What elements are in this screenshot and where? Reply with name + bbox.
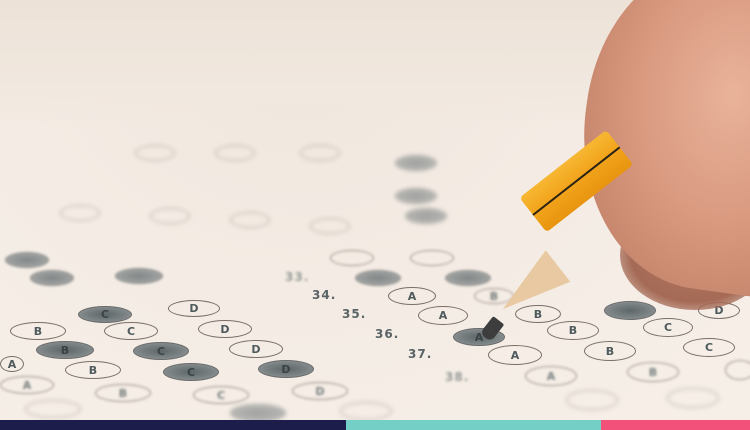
answer-bubble	[230, 212, 270, 228]
answer-bubble: A	[388, 287, 436, 305]
answer-bubble-filled	[230, 404, 286, 420]
answer-bubble-filled: B	[36, 341, 94, 359]
answer-bubble	[725, 360, 750, 380]
question-number: 38.	[445, 370, 469, 384]
answer-bubble-filled	[30, 270, 74, 286]
answer-bubble	[215, 145, 255, 161]
answer-bubble: A	[0, 356, 24, 372]
answer-bubble: D	[198, 320, 252, 338]
answer-bubble	[667, 388, 719, 408]
answer-bubble-filled	[604, 301, 656, 320]
answer-bubble	[566, 390, 618, 410]
answer-sheet-photo: 33. 34. 35. 36. 37. 38. B C D C D B C D …	[0, 0, 750, 420]
answer-bubble	[310, 218, 350, 234]
answer-bubble-filled	[445, 270, 491, 286]
answer-bubble-filled	[405, 208, 447, 224]
footer-bar-teal	[346, 420, 601, 430]
question-number: 34.	[312, 288, 336, 302]
question-number: 36.	[375, 327, 399, 341]
answer-bubble	[330, 250, 374, 266]
answer-bubble: C	[193, 386, 249, 404]
footer-bar-pink	[601, 420, 750, 430]
answer-bubble	[340, 402, 392, 420]
answer-bubble: B	[95, 384, 151, 402]
answer-bubble: B	[547, 321, 599, 340]
answer-bubble: A	[0, 376, 54, 394]
answer-bubble-filled	[115, 268, 163, 284]
answer-bubble-filled: D	[258, 360, 314, 378]
footer-bar-navy	[0, 420, 346, 430]
answer-bubble	[300, 145, 340, 161]
question-number: 33.	[285, 270, 309, 284]
answer-bubble	[150, 208, 190, 224]
answer-bubble-filled	[5, 252, 49, 268]
answer-bubble: A	[525, 366, 577, 386]
answer-bubble	[135, 145, 175, 161]
answer-bubble-filled	[395, 155, 437, 171]
answer-bubble: D	[229, 340, 283, 358]
answer-bubble-filled: C	[163, 363, 219, 381]
answer-bubble	[60, 205, 100, 221]
answer-bubble: A	[488, 345, 542, 365]
question-number: 35.	[342, 307, 366, 321]
answer-bubble-filled: C	[133, 342, 189, 360]
answer-bubble: B	[65, 361, 121, 379]
answer-bubble-filled: C	[78, 306, 132, 323]
answer-bubble	[25, 400, 81, 418]
answer-bubble: B	[584, 341, 636, 361]
answer-bubble: C	[104, 322, 158, 340]
answer-bubble: C	[683, 338, 735, 357]
answer-bubble: B	[10, 322, 66, 340]
answer-bubble: D	[168, 300, 220, 317]
answer-bubble	[410, 250, 454, 266]
answer-bubble: B	[627, 362, 679, 382]
question-number: 37.	[408, 347, 432, 361]
answer-bubble-filled	[395, 188, 437, 204]
answer-bubble: C	[643, 318, 693, 337]
answer-bubble: A	[418, 306, 468, 325]
answer-bubble-filled	[355, 270, 401, 286]
answer-bubble: D	[292, 382, 348, 400]
